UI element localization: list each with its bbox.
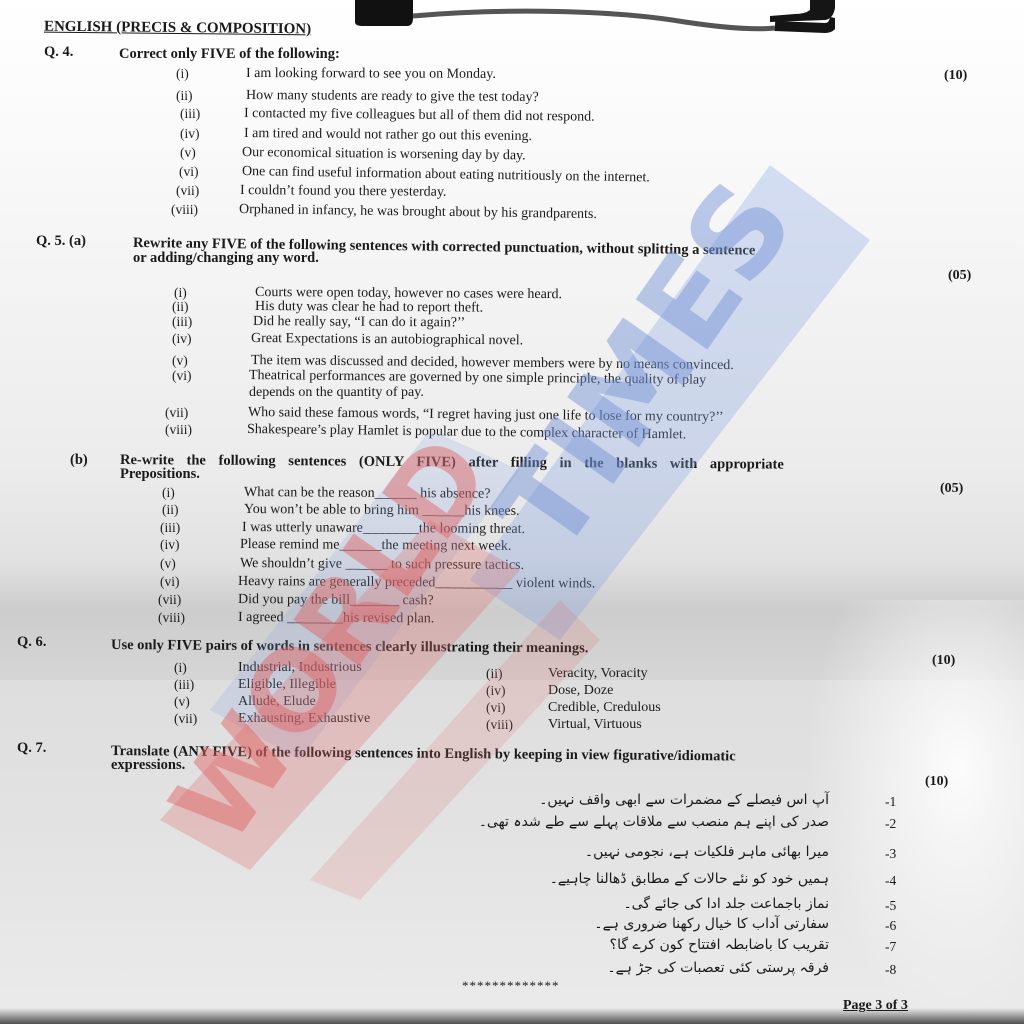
q5b-sentence-end: the meeting next week. [381, 538, 511, 554]
q6-item-label: (iii) [174, 677, 194, 693]
q5b-blank: ________ [363, 521, 419, 536]
q4-item-label: (viii) [171, 202, 198, 218]
q5b-item-label: (viii) [158, 610, 185, 626]
q7-item-text: آپ اس فیصلے کے مضمرات سے ابھی واقف نہیں۔ [539, 792, 829, 808]
q5b-item-label: (vii) [158, 592, 181, 608]
q5a-item-label: (viii) [165, 422, 192, 438]
q6-item-label: (v) [174, 694, 190, 710]
q4-item-text: I couldn’t found you there yesterday. [240, 183, 447, 201]
q4-marks: (10) [944, 68, 967, 84]
q6-item-text: Credible, Credulous [548, 700, 661, 716]
q7-item-text: صدر کی اپنے ہم منصب سے ملاقات پہلے سے طے… [479, 814, 829, 830]
q5b-item-label: (iii) [160, 520, 180, 536]
q5b-sentence-start: You won’t be able to bring him [244, 502, 422, 518]
q5b-item-text: Please remind me______the meeting next w… [240, 537, 511, 555]
q4-number: Q. 4. [44, 44, 73, 61]
q6-item-label: (vii) [174, 711, 197, 727]
q5b-blank: ___________ [435, 575, 512, 591]
q5b-sentence-end: the looming threat. [419, 521, 525, 537]
q5a-item-text: Did he really say, “I can do it again?’’ [253, 314, 465, 331]
q5b-marks: (05) [940, 481, 963, 497]
q5a-item-label: (iv) [172, 331, 192, 347]
q5a-item-label: (ii) [172, 299, 189, 315]
q5b-item-label: (i) [162, 485, 175, 501]
photo-edge [0, 1008, 1024, 1024]
q6-item-label: (ii) [486, 666, 503, 682]
q4-item-label: (v) [180, 145, 196, 161]
q5b-blank: _______ [350, 593, 399, 608]
q5b-instruction-1: Re-write the following sentences (ONLY F… [120, 452, 784, 474]
q7-item-label: -1 [885, 794, 896, 810]
q5a-marks: (05) [948, 268, 971, 284]
q7-item-label: -7 [885, 939, 896, 955]
q6-item-label: (i) [174, 660, 187, 676]
q5b-blank: ______ [375, 486, 417, 501]
q6-item-text: Virtual, Virtuous [548, 717, 642, 733]
q5a-item-label: (vii) [165, 405, 188, 421]
q5b-blank: ______ [422, 503, 464, 518]
q5b-instruction-2: Prepositions. [120, 466, 200, 483]
q5b-sentence-end: cash? [399, 593, 434, 608]
q5b-sentence-start: What can be the reason [244, 485, 375, 501]
q7-item-text: ہمیں خود کو نئے حالات کے مطابق ڈھالنا چا… [550, 871, 829, 887]
cable-object [355, 0, 835, 48]
q5b-item-text: Did you pay the bill_______ cash? [238, 592, 434, 609]
q5b-item-label: (v) [160, 556, 176, 572]
q4-item-text: Our economical situation is worsening da… [242, 145, 526, 164]
q4-item-text: I contacted my five colleagues but all o… [244, 106, 595, 126]
q6-marks: (10) [932, 653, 955, 669]
q4-item-label: (ii) [176, 88, 193, 104]
q5b-item-text: Heavy rains are generally preceded______… [238, 574, 595, 592]
q4-instruction: Correct only FIVE of the following: [119, 46, 340, 63]
q5b-sentence-end: violent winds. [512, 576, 595, 592]
q5a-item-text: Shakespeare’s play Hamlet is popular due… [247, 422, 686, 443]
q4-item-label: (i) [176, 66, 189, 82]
q5b-item-text: I agreed ________his revised plan. [238, 610, 434, 627]
q5b-blank: ________ [287, 610, 343, 625]
q6-item-text: Allude, Elude [238, 694, 316, 710]
q4-item-label: (iv) [180, 126, 200, 142]
q5a-item-label: (v) [172, 353, 188, 369]
q5b-sentence-end: his absence? [417, 486, 491, 502]
q7-item-text: فرقہ پرستی کئی تعصبات کی جڑ ہے۔ [607, 960, 829, 976]
q5a-item-text-cont: depends on the quantity of pay. [249, 385, 424, 401]
q5b-blank: ______ [345, 557, 387, 572]
q6-item-label: (viii) [486, 717, 513, 733]
q7-instruction-2: expressions. [111, 757, 185, 774]
q7-marks: (10) [925, 774, 948, 790]
q5b-item-text: We shouldn’t give ______ to such pressur… [240, 556, 524, 574]
q5a-item-label: (iii) [172, 314, 192, 330]
q7-item-label: -6 [885, 918, 896, 934]
q6-item-text: Dose, Doze [548, 683, 613, 699]
q5a-item-text: Great Expectations is an autobiographica… [251, 331, 523, 349]
q6-item-label: (iv) [486, 683, 506, 699]
q7-number: Q. 7. [17, 740, 46, 757]
q4-item-text: I am looking forward to see you on Monda… [246, 66, 496, 83]
q4-item-text: Orphaned in infancy, he was brought abou… [239, 202, 597, 223]
q7-item-text: سفارتی آداب کا خیال رکھنا ضروری ہے۔ [594, 916, 829, 932]
exam-page: ENGLISH (PRECIS & COMPOSITION) Q. 4. Cor… [0, 0, 1024, 1024]
q6-item-text: Industrial, Industrious [238, 660, 362, 676]
q5b-item-text: I was utterly unaware________the looming… [242, 520, 525, 538]
q7-item-label: -8 [885, 962, 896, 978]
q7-item-text: تقریب کا باضابطہ افتتاح کون کرے گا؟ [610, 937, 829, 953]
q5b-item-label: (iv) [160, 537, 180, 553]
q5a-number: Q. 5. (a) [36, 233, 86, 250]
q5b-sentence-start: I agreed [238, 610, 287, 625]
q5a-instruction-2: or adding/changing any word. [133, 250, 319, 267]
q7-item-text: نماز باجماعت جلد ادا کی جائے گی۔ [623, 896, 829, 912]
q5b-sentence-start: Heavy rains are generally preceded [238, 574, 436, 590]
q7-item-label: -5 [885, 898, 896, 914]
q4-item-text: I am tired and would not rather go out t… [244, 126, 532, 145]
q6-item-text: Exhausting, Exhaustive [238, 711, 370, 727]
q5b-sentence-end: to such pressure tactics. [387, 557, 524, 573]
q5b-sentence-start: Please remind me [240, 537, 340, 553]
paper-title: ENGLISH (PRECIS & COMPOSITION) [44, 19, 311, 39]
q5b-sentence-start: Did you pay the bill [238, 592, 350, 608]
q4-item-label: (vii) [176, 183, 199, 199]
q5b-item-label: (ii) [162, 502, 179, 518]
q4-item-label: (iii) [180, 106, 200, 122]
q4-item-text: How many students are ready to give the … [246, 88, 539, 106]
q5b-sentence-start: I was utterly unaware [242, 520, 363, 536]
q5b-sentence-end: his revised plan. [343, 611, 434, 627]
q5b-sentence-start: We shouldn’t give [240, 556, 346, 572]
q7-item-label: -4 [885, 873, 896, 889]
q6-instruction: Use only FIVE pairs of words in sentence… [111, 637, 589, 657]
q7-item-label: -2 [885, 816, 896, 832]
q5a-item-label: (vi) [172, 368, 192, 384]
q5b-number: (b) [70, 452, 88, 469]
q7-instruction-1: Translate (ANY FIVE) of the following se… [111, 743, 736, 765]
q7-item-text: میرا بھائی ماہر فلکیات ہے، نجومی نہیں۔ [585, 844, 829, 860]
q5b-item-text: What can be the reason______ his absence… [244, 485, 491, 503]
q5b-item-text: You won’t be able to bring him ______his… [244, 502, 520, 520]
q4-item-label: (vi) [179, 164, 199, 180]
q5b-sentence-end: his knees. [464, 504, 519, 519]
end-separator: ************* [462, 978, 560, 994]
q6-number: Q. 6. [17, 634, 46, 651]
q6-item-label: (vi) [486, 700, 506, 716]
q6-item-text: Veracity, Voracity [548, 666, 648, 682]
q6-item-text: Eligible, Illegible [238, 677, 336, 693]
q5b-item-label: (vi) [160, 574, 180, 590]
q5b-blank: ______ [339, 538, 381, 553]
photo-glare [804, 600, 1024, 1020]
q7-item-label: -3 [885, 846, 896, 862]
